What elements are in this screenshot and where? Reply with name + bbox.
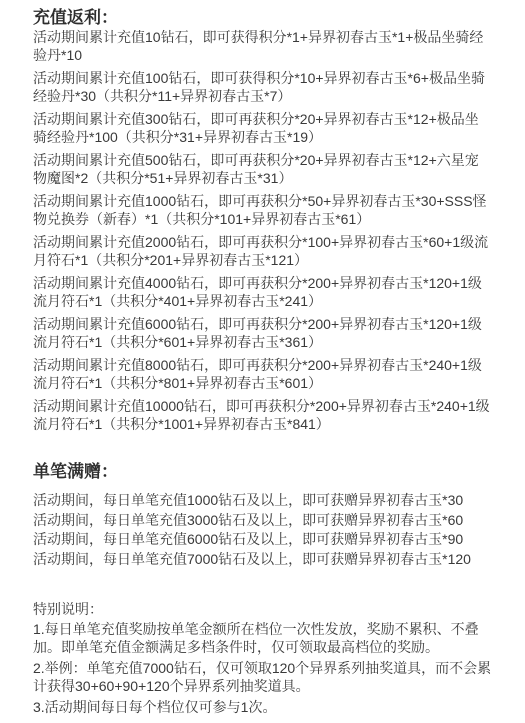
special-note-paragraph: 1.每日单笔充值奖励按单笔金额所在档位一次性发放，奖励不累积、不叠加。即单笔充值… — [33, 620, 492, 656]
rebate-tier-paragraph: 活动期间累计充值8000钻石，即可再获积分*200+异界初春古玉*240+1级流… — [33, 357, 492, 392]
single-purchase-bonus-heading: 单笔满赠： — [33, 461, 492, 482]
daily-bonus-paragraph: 活动期间，每日单笔充值7000钻石及以上，即可获赠异界初春古玉*120 — [33, 550, 492, 570]
rebate-tier-paragraph: 活动期间累计充值300钻石，即可再获积分*20+异界初春古玉*12+极品坐骑经验… — [33, 111, 492, 146]
recharge-rebate-heading: 充值返利： — [33, 7, 492, 28]
daily-bonus-paragraph: 活动期间，每日单笔充值6000钻石及以上，即可获赠异界初春古玉*90 — [33, 530, 492, 550]
single-purchase-bonus-section: 活动期间，每日单笔充值1000钻石及以上，即可获赠异界初春古玉*30 活动期间，… — [33, 491, 492, 569]
special-notes-section: 1.每日单笔充值奖励按单笔金额所在档位一次性发放，奖励不累积、不叠加。即单笔充值… — [33, 620, 492, 716]
rebate-tier-paragraph: 活动期间累计充值100钻石，即可获得积分*10+异界初春古玉*6+极品坐骑经验丹… — [33, 70, 492, 105]
rebate-tier-paragraph: 活动期间累计充值2000钻石，即可再获积分*100+异界初春古玉*60+1级流月… — [33, 234, 492, 269]
daily-bonus-paragraph: 活动期间，每日单笔充值3000钻石及以上，即可获赠异界初春古玉*60 — [33, 511, 492, 531]
special-note-paragraph: 2.举例：单笔充值7000钻石，仅可领取120个异界系列抽奖道具，而不会累计获得… — [33, 659, 492, 695]
rebate-tier-paragraph: 活动期间累计充值10钻石，即可获得积分*1+异界初春古玉*1+极品坐骑经验丹*1… — [33, 29, 492, 64]
rebate-tier-paragraph: 活动期间累计充值4000钻石，即可再获积分*200+异界初春古玉*120+1级流… — [33, 275, 492, 310]
daily-bonus-paragraph: 活动期间，每日单笔充值1000钻石及以上，即可获赠异界初春古玉*30 — [33, 491, 492, 511]
rebate-tier-paragraph: 活动期间累计充值10000钻石，即可再获积分*200+异界初春古玉*240+1级… — [33, 398, 492, 433]
special-notes-heading: 特别说明： — [33, 600, 492, 618]
recharge-rebate-section: 活动期间累计充值10钻石，即可获得积分*1+异界初春古玉*1+极品坐骑经验丹*1… — [33, 29, 492, 433]
special-note-paragraph: 3.活动期间每日每个档位仅可参与1次。 — [33, 698, 492, 716]
rebate-tier-paragraph: 活动期间累计充值500钻石，即可再获积分*20+异界初春古玉*12+六星宠物魔图… — [33, 152, 492, 187]
rebate-tier-paragraph: 活动期间累计充值1000钻石，即可再获积分*50+异界初春古玉*30+SSS怪物… — [33, 193, 492, 228]
rebate-tier-paragraph: 活动期间累计充值6000钻石，即可再获积分*200+异界初春古玉*120+1级流… — [33, 316, 492, 351]
event-notice-document: 充值返利： 活动期间累计充值10钻石，即可获得积分*1+异界初春古玉*1+极品坐… — [0, 0, 525, 716]
